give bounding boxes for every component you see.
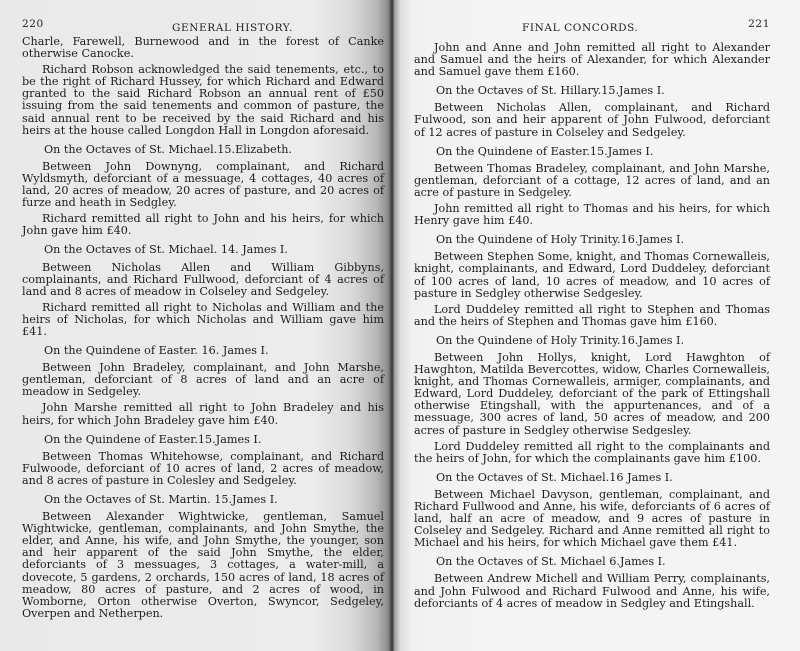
paragraph: Between John Downyng, complainant, and R…: [22, 161, 384, 209]
section-heading: On the Quindene of Easter.15.James I.: [414, 146, 770, 158]
paragraph: Between John Bradeley, complainant, and …: [22, 362, 384, 398]
right-body-text: John and Anne and John remitted all righ…: [414, 42, 770, 610]
right-page: FINAL CONCORDS. 221 John and Anne and Jo…: [392, 0, 800, 651]
paragraph: John and Anne and John remitted all righ…: [414, 42, 770, 78]
paragraph: Richard Robson acknowledged the said ten…: [22, 64, 384, 137]
page-number: 220: [22, 18, 44, 30]
paragraph: Richard remitted all right to Nicholas a…: [22, 302, 384, 338]
paragraph: John Marshe remitted all right to John B…: [22, 402, 384, 426]
section-heading: On the Octaves of St. Michael.16 James I…: [414, 472, 770, 484]
paragraph: Between Thomas Whitehowse, complainant, …: [22, 451, 384, 487]
paragraph: Charle, Farewell, Burnewood and in the f…: [22, 36, 384, 60]
section-heading: On the Octaves of St. Michael. 14. James…: [22, 244, 384, 256]
paragraph: Between John Hollys, knight, Lord Hawght…: [414, 352, 770, 437]
left-body-text: Charle, Farewell, Burnewood and in the f…: [22, 36, 384, 620]
paragraph: Between Andrew Michell and William Perry…: [414, 573, 770, 609]
right-running-head: FINAL CONCORDS. 221: [414, 16, 770, 36]
section-heading: On the Octaves of St. Hillary.15.James I…: [414, 85, 770, 97]
running-title: FINAL CONCORDS.: [522, 22, 638, 34]
page-number: 221: [748, 18, 770, 30]
paragraph: Between Michael Davyson, gentleman, comp…: [414, 489, 770, 549]
paragraph: John remitted all right to Thomas and hi…: [414, 203, 770, 227]
running-title: GENERAL HISTORY.: [172, 22, 293, 34]
paragraph: Between Thomas Bradeley, complainant, an…: [414, 163, 770, 199]
section-heading: On the Octaves of St. Martin. 15.James I…: [22, 494, 384, 506]
section-heading: On the Quindene of Easter. 16. James I.: [22, 345, 384, 357]
paragraph: Between Nicholas Allen, complainant, and…: [414, 102, 770, 138]
left-page: 220 GENERAL HISTORY. Charle, Farewell, B…: [0, 0, 392, 651]
book-spread: 220 GENERAL HISTORY. Charle, Farewell, B…: [0, 0, 800, 651]
left-running-head: 220 GENERAL HISTORY.: [22, 16, 384, 36]
section-heading: On the Octaves of St. Michael.15.Elizabe…: [22, 144, 384, 156]
paragraph: Richard remitted all right to John and h…: [22, 213, 384, 237]
paragraph: Between Alexander Wightwicke, gentleman,…: [22, 511, 384, 620]
section-heading: On the Octaves of St. Michael 6.James I.: [414, 556, 770, 568]
paragraph: Between Nicholas Allen and William Gibby…: [22, 262, 384, 298]
section-heading: On the Quindene of Holy Trinity.16.James…: [414, 335, 770, 347]
section-heading: On the Quindene of Holy Trinity.16.James…: [414, 234, 770, 246]
section-heading: On the Quindene of Easter.15.James I.: [22, 434, 384, 446]
paragraph: Between Stephen Some, knight, and Thomas…: [414, 251, 770, 299]
paragraph: Lord Duddeley remitted all right to the …: [414, 441, 770, 465]
paragraph: Lord Duddeley remitted all right to Step…: [414, 304, 770, 328]
